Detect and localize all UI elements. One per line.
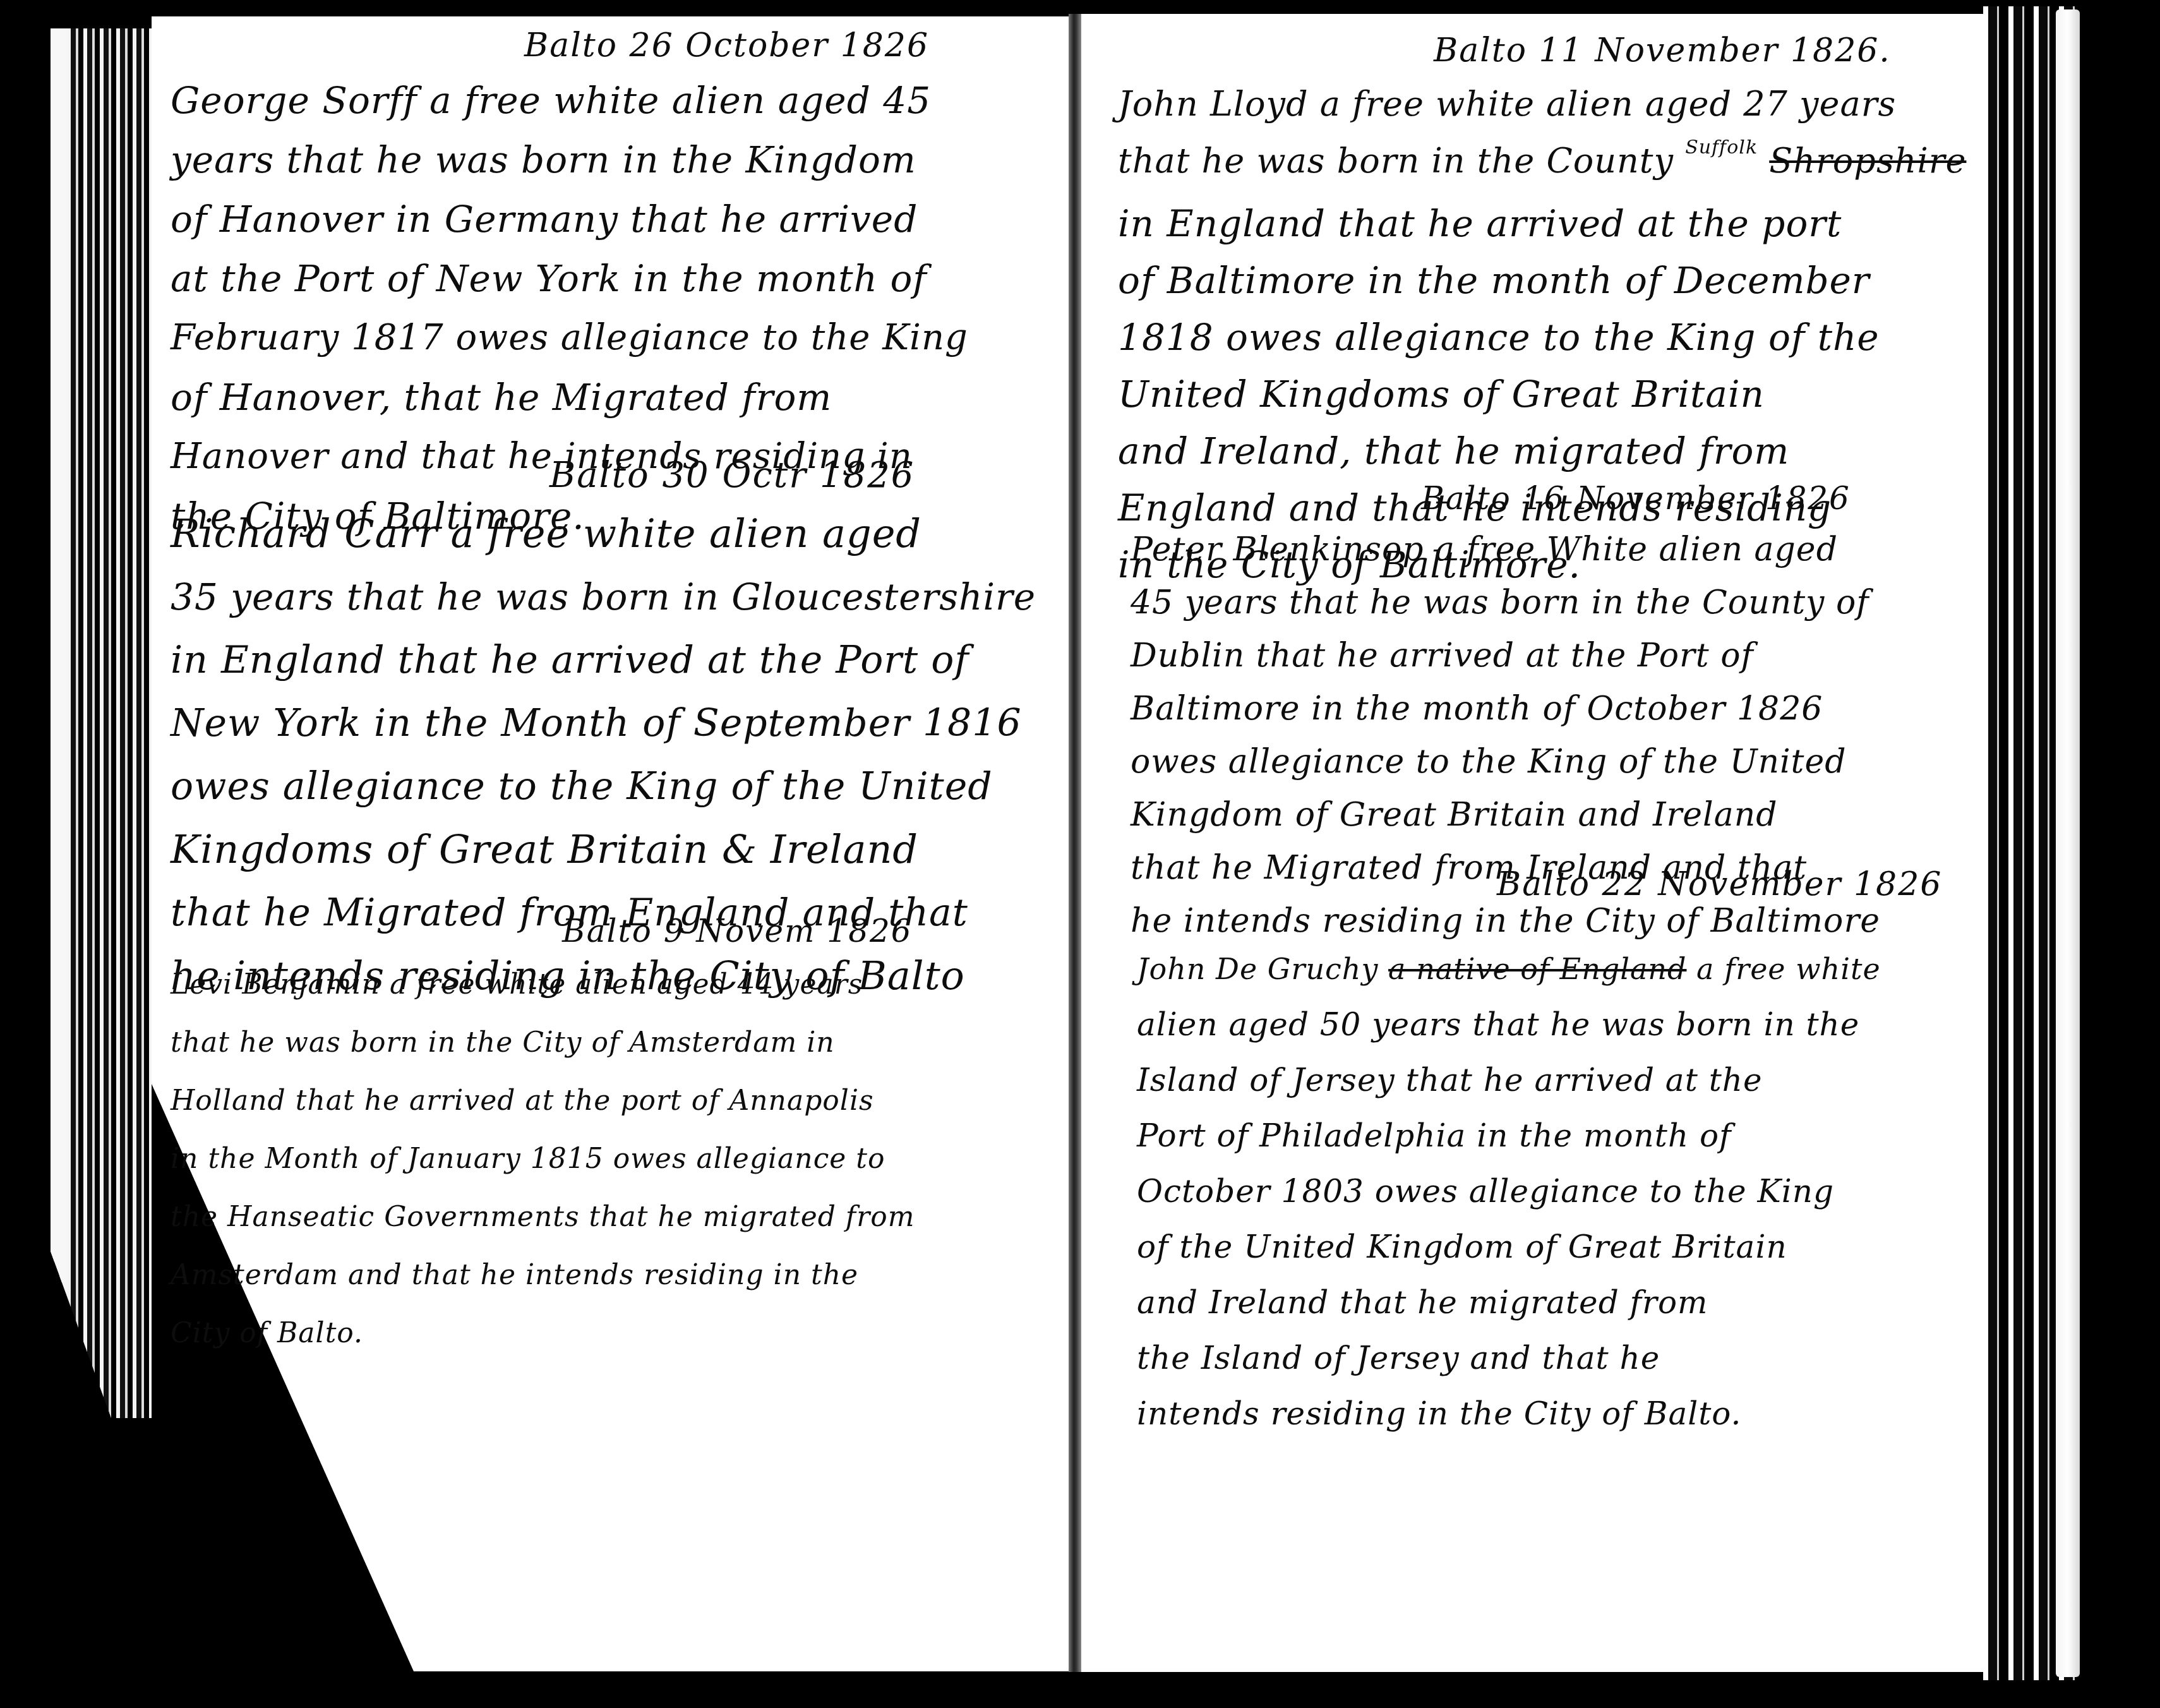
book-gutter (1069, 14, 1081, 1672)
entry-line: Levi Benjamin a free white alien aged 44… (171, 956, 1067, 1014)
entry-line: Holland that he arrived at the port of A… (171, 1072, 1067, 1130)
entry-line: in the Month of January 1815 owes allegi… (171, 1130, 1067, 1188)
entry-name: John De Gruchy (1137, 952, 1378, 986)
entry-line: Port of Philadelphia in the month of (1137, 1108, 1996, 1164)
right-cover-board (2056, 9, 2080, 1677)
entry-line: the Hanseatic Governments that he migrat… (171, 1188, 1067, 1246)
entry-date: Balto 9 Novem 1826 (562, 913, 1067, 949)
entry-line: the Island of Jersey and that he (1137, 1330, 1996, 1386)
entry-line: Kingdoms of Great Britain & Ireland (171, 818, 1067, 881)
entry-line: Peter Blenkinsop a free White alien aged (1131, 523, 1989, 576)
entry-line: intends residing in the City of Balto. (1137, 1386, 1996, 1441)
entry-line: New York in the Month of September 1816 (171, 692, 1067, 755)
entry-line: Dublin that he arrived at the Port of (1131, 629, 1989, 682)
entry-line: Amsterdam and that he intends residing i… (171, 1246, 1067, 1304)
struck-text: Shropshire (1769, 141, 1966, 181)
entry-line: that he was born in the City of Amsterda… (171, 1014, 1067, 1072)
entry-line: that he was born in the County Suffolk S… (1118, 133, 1989, 195)
entry-line: Island of Jersey that he arrived at the (1137, 1052, 1996, 1108)
entry-line: in England that he arrived at the Port o… (171, 628, 1067, 692)
entry-john-de-gruchy: Balto 22 November 1826 John De Gruchy a … (1137, 865, 1996, 1441)
entry-levi-benjamin: Balto 9 Novem 1826 Levi Benjamin a free … (171, 913, 1067, 1362)
entry-line: and Ireland, that he migrated from (1118, 423, 1989, 479)
entry-line: of the United Kingdom of Great Britain (1137, 1219, 1996, 1275)
entry-line-prefix: that he was born in the County (1118, 141, 1685, 181)
entry-line: George Sorff a free white alien aged 45 (171, 71, 1067, 130)
entry-date: Balto 11 November 1826. (1434, 32, 1989, 69)
entry-line: of Hanover in Germany that he arrived (171, 189, 1067, 249)
entry-line: Kingdom of Great Britain and Ireland (1131, 788, 1989, 841)
entry-line: of Baltimore in the month of December (1118, 252, 1989, 309)
entry-line: at the Port of New York in the month of (171, 249, 1067, 308)
entry-line: February 1817 owes allegiance to the Kin… (171, 308, 1067, 368)
entry-line: 35 years that he was born in Gloucesters… (171, 565, 1067, 628)
entry-line: in England that he arrived at the port (1118, 195, 1989, 252)
entry-line: years that he was born in the Kingdom (171, 130, 1067, 189)
scanned-book-spread: Balto 26 October 1826 George Sorff a fre… (0, 0, 2160, 1708)
entry-line: October 1803 owes allegiance to the King (1137, 1164, 1996, 1219)
entry-line: owes allegiance to the King of the Unite… (171, 755, 1067, 818)
left-page-edges (51, 28, 152, 1418)
entry-line-suffix: a free white (1696, 952, 1881, 986)
entry-line: John De Gruchy a native of England a fre… (1137, 941, 1996, 997)
entry-line: City of Balto. (171, 1304, 1067, 1362)
entry-line: alien aged 50 years that he was born in … (1137, 997, 1996, 1052)
entry-date: Balto 22 November 1826 (1497, 865, 1996, 903)
entry-line: and Ireland that he migrated from (1137, 1275, 1996, 1330)
entry-line: 1818 owes allegiance to the King of the (1118, 309, 1989, 366)
entry-date: Balto 16 November 1826 (1421, 480, 1989, 517)
entry-line: John Lloyd a free white alien aged 27 ye… (1118, 76, 1989, 133)
entry-line: United Kingdoms of Great Britain (1118, 366, 1989, 423)
inserted-correction: Suffolk (1685, 136, 1758, 159)
entry-line: 45 years that he was born in the County … (1131, 576, 1989, 629)
entry-line: of Hanover, that he Migrated from (171, 368, 1067, 427)
left-cover-edge (51, 28, 67, 1418)
entry-line: owes allegiance to the King of the Unite… (1131, 735, 1989, 788)
struck-text: a native of England (1388, 952, 1686, 986)
entry-line: Baltimore in the month of October 1826 (1131, 682, 1989, 735)
entry-date: Balto 26 October 1826 (524, 27, 1067, 64)
entry-date: Balto 30 Octr 1826 (549, 455, 1067, 496)
entry-line: Richard Carr a free white alien aged (171, 502, 1067, 565)
